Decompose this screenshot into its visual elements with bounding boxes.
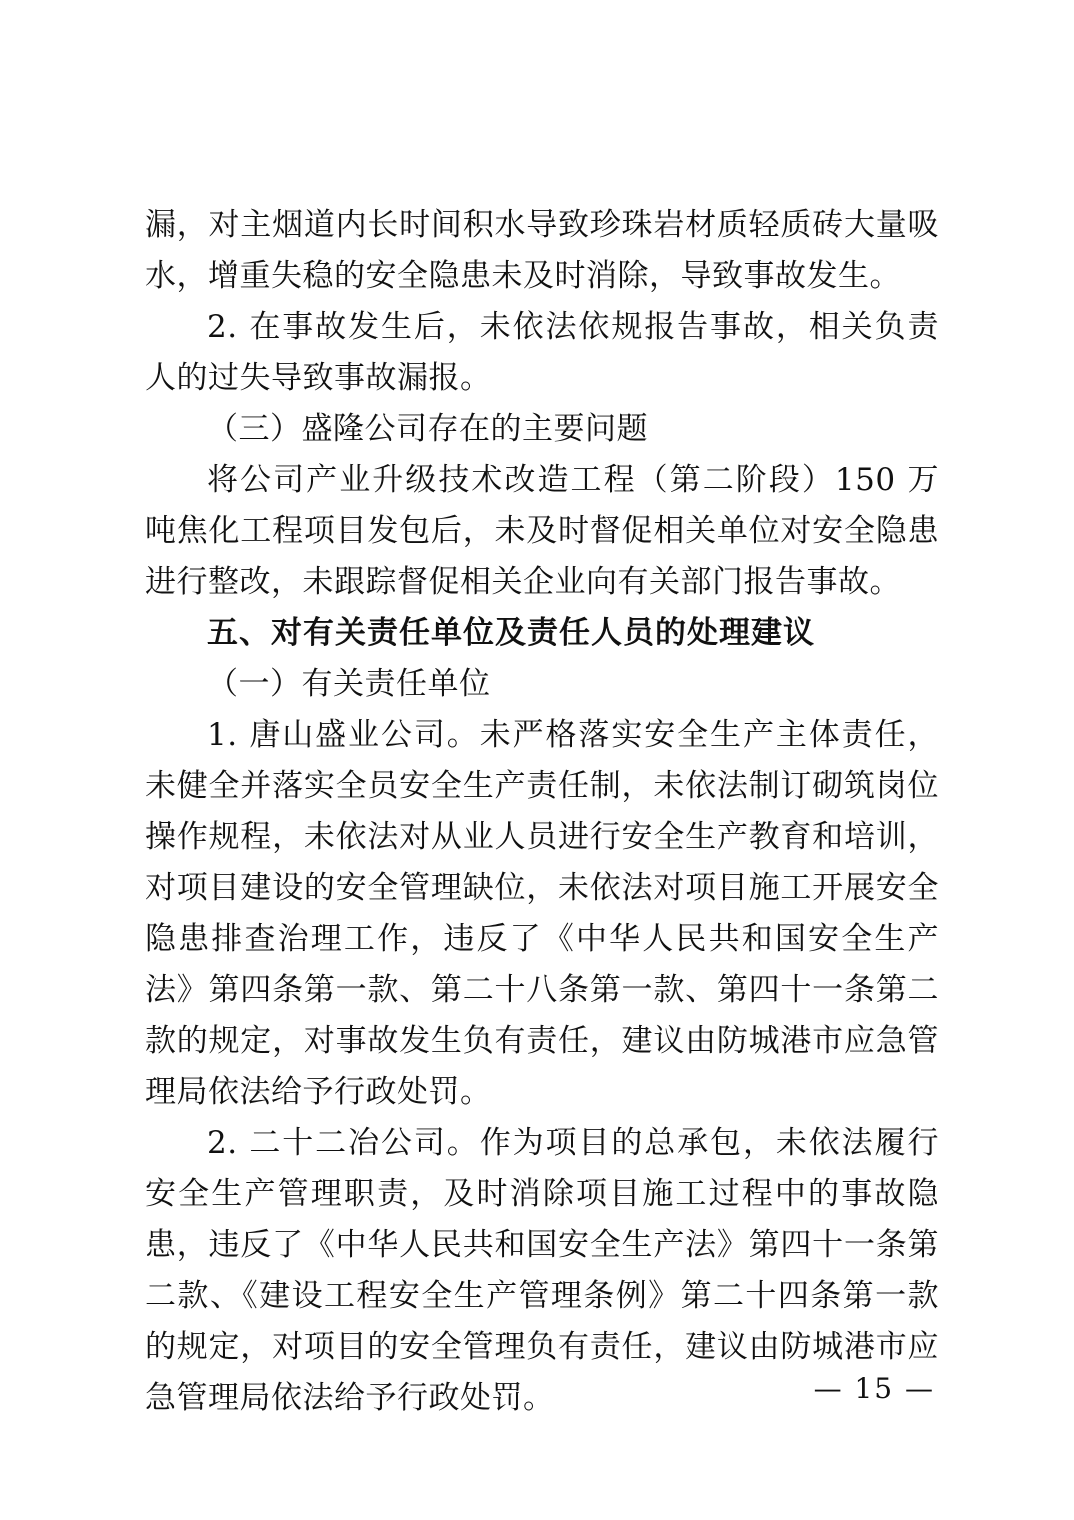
subheading-responsible-units: （一）有关责任单位 bbox=[145, 659, 939, 710]
subheading-shenglong-company-problems: （三）盛隆公司存在的主要问题 bbox=[145, 404, 939, 455]
page-number: — 15 — bbox=[814, 1372, 935, 1405]
document-page: 漏，对主烟道内长时间积水导致珍珠岩材质轻质砖大量吸水，增重失稳的安全隐患未及时消… bbox=[0, 0, 1074, 1520]
paragraph-tangshan-shengye-company: 1. 唐山盛业公司。未严格落实安全生产主体责任，未健全并落实全员安全生产责任制，… bbox=[145, 710, 939, 1118]
paragraph-accident-cause-continuation: 漏，对主烟道内长时间积水导致珍珠岩材质轻质砖大量吸水，增重失稳的安全隐患未及时消… bbox=[145, 200, 939, 302]
paragraph-failure-to-report: 2. 在事故发生后，未依法依规报告事故，相关负责人的过失导致事故漏报。 bbox=[145, 302, 939, 404]
document-body: 漏，对主烟道内长时间积水导致珍珠岩材质轻质砖大量吸水，增重失稳的安全隐患未及时消… bbox=[145, 200, 939, 1424]
paragraph-shenglong-details: 将公司产业升级技术改造工程（第二阶段）150 万吨焦化工程项目发包后，未及时督促… bbox=[145, 455, 939, 608]
section-heading-handling-recommendations: 五、对有关责任单位及责任人员的处理建议 bbox=[145, 608, 939, 659]
